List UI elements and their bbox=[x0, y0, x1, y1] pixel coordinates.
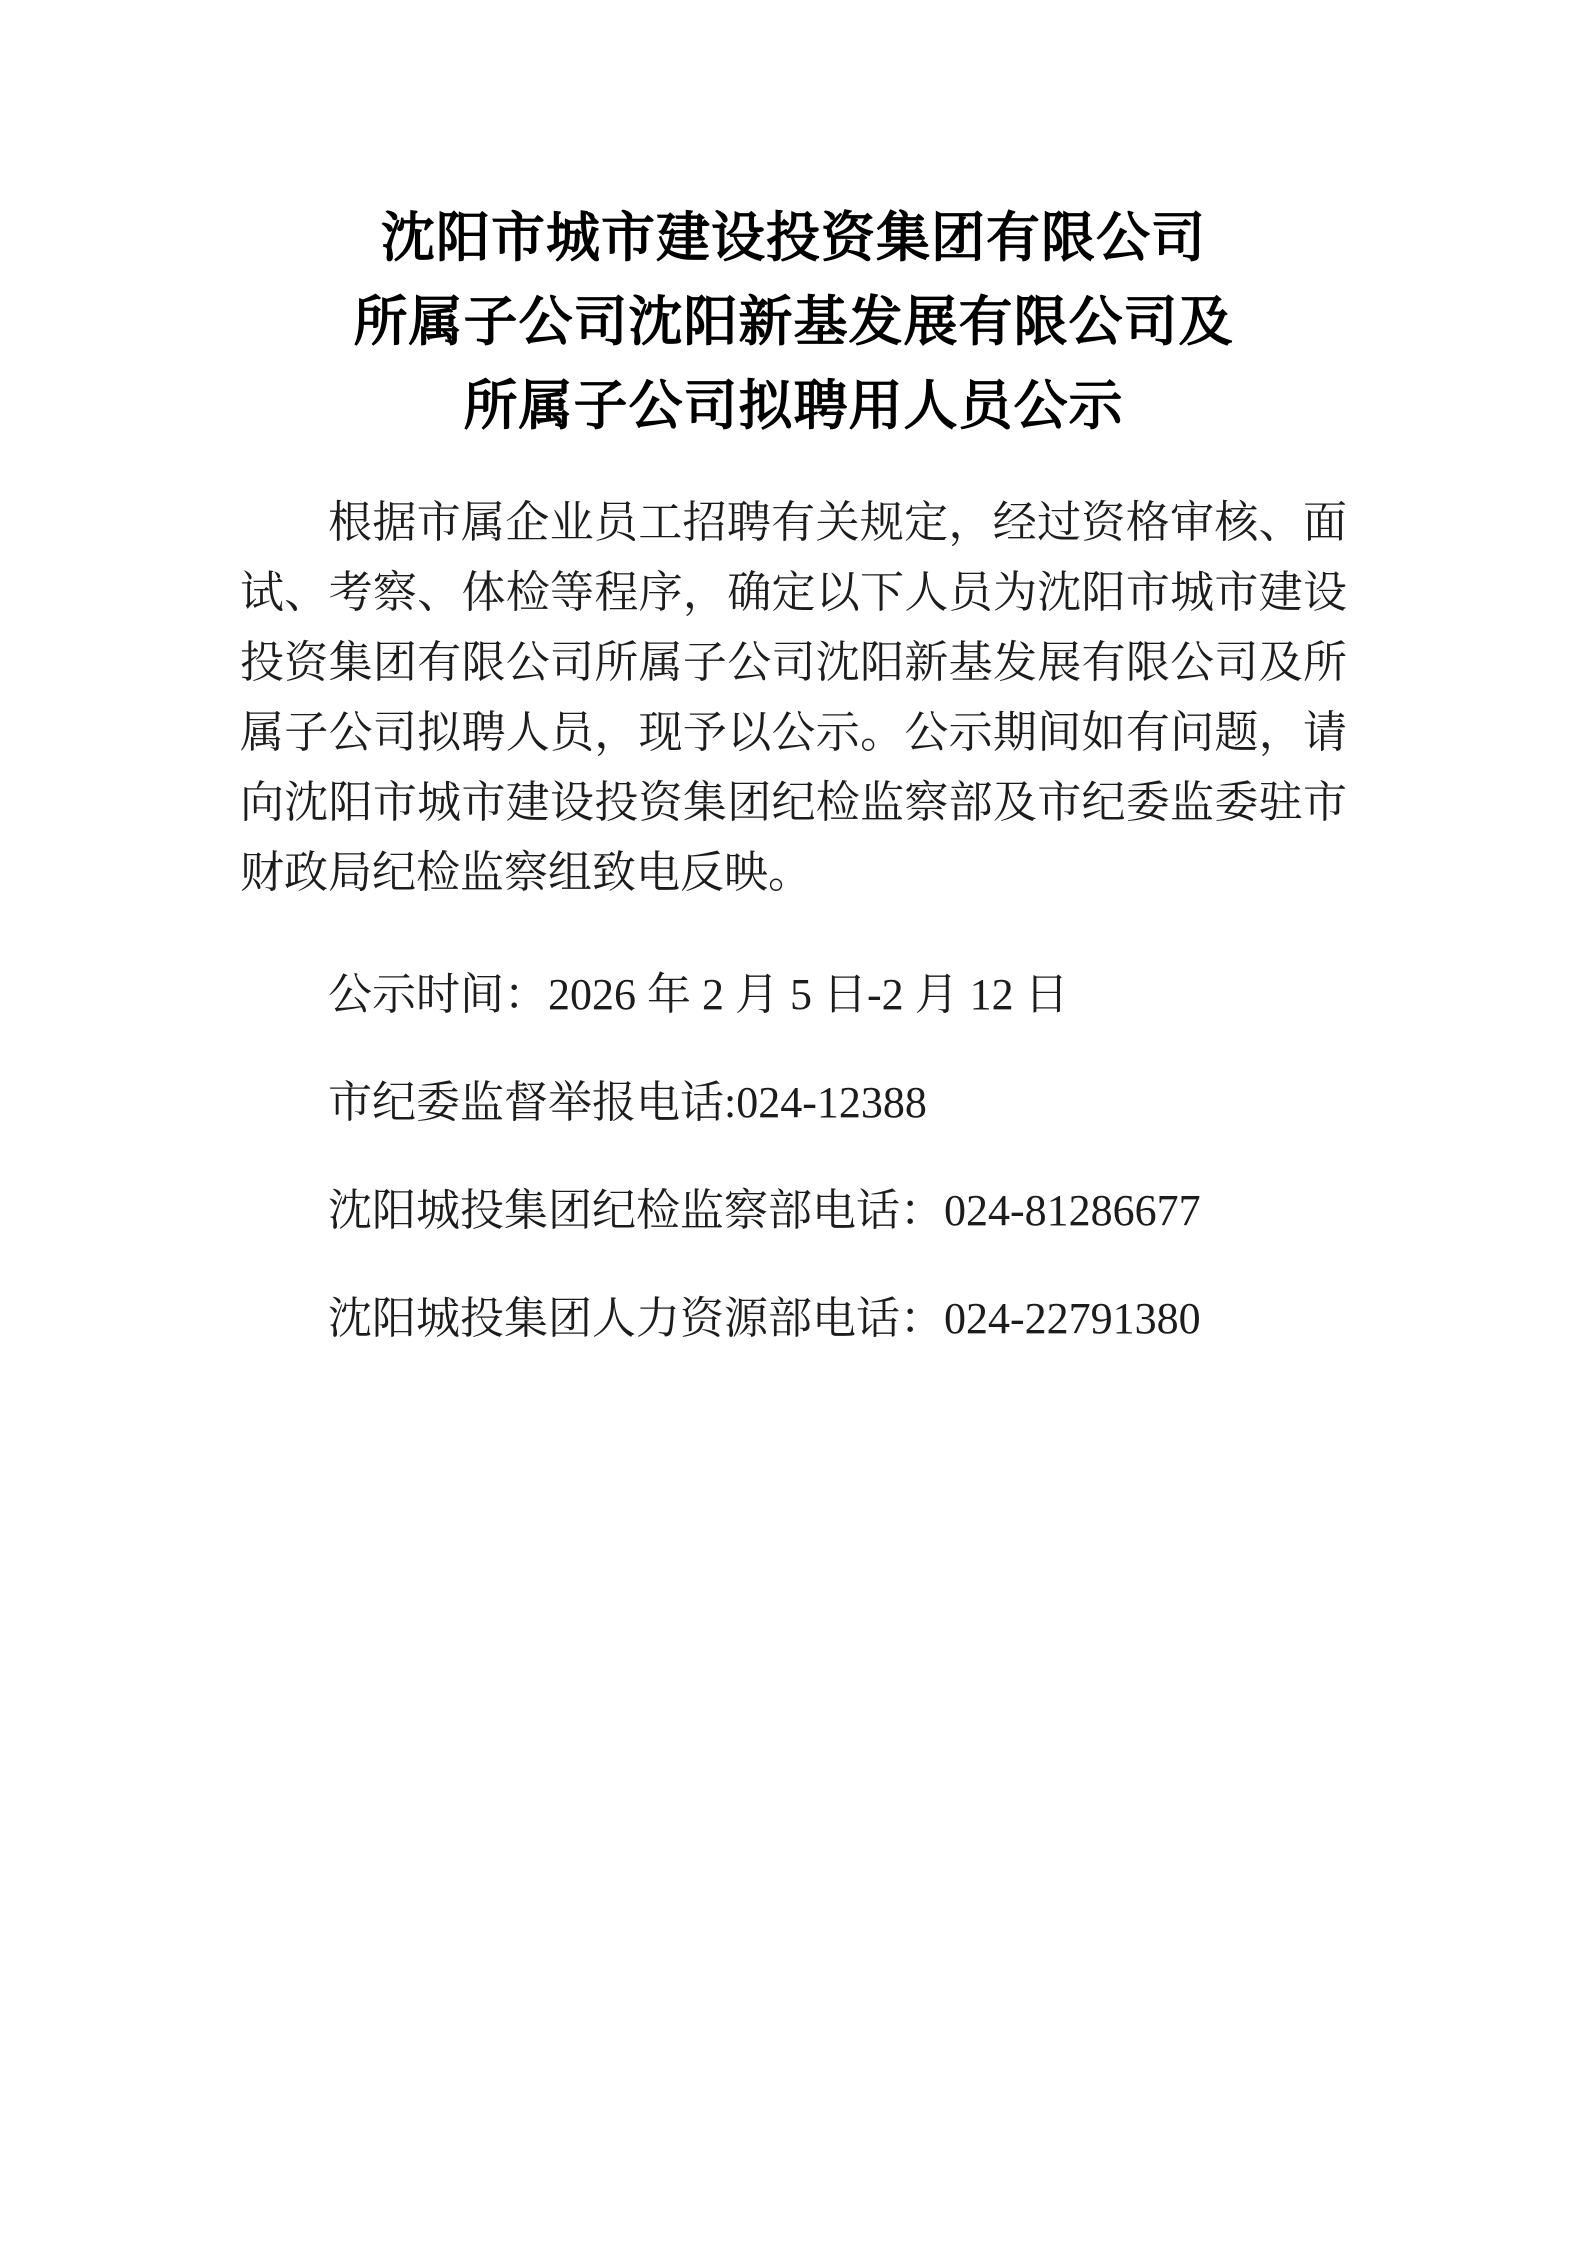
document-title-line-1: 沈阳市城市建设投资集团有限公司 bbox=[240, 196, 1347, 280]
publicity-period-line: 公示时间：2026 年 2 月 5 日-2 月 12 日 bbox=[240, 960, 1347, 1030]
document-content: 沈阳市城市建设投资集团有限公司 所属子公司沈阳新基发展有限公司及 所属子公司拟聘… bbox=[240, 0, 1347, 1354]
document-title-line-3: 所属子公司拟聘用人员公示 bbox=[240, 364, 1347, 448]
document-title: 沈阳市城市建设投资集团有限公司 所属子公司沈阳新基发展有限公司及 所属子公司拟聘… bbox=[240, 196, 1347, 448]
phone-line-hr-dept: 沈阳城投集团人力资源部电话：024-22791380 bbox=[240, 1284, 1347, 1354]
document-page: 沈阳市城市建设投资集团有限公司 所属子公司沈阳新基发展有限公司及 所属子公司拟聘… bbox=[0, 0, 1587, 2245]
body-paragraph: 根据市属企业员工招聘有关规定，经过资格审核、面试、考察、体检等程序，确定以下人员… bbox=[240, 488, 1347, 908]
document-title-line-2: 所属子公司沈阳新基发展有限公司及 bbox=[240, 280, 1347, 364]
phone-line-supervision-hotline: 市纪委监督举报电话:024-12388 bbox=[240, 1068, 1347, 1138]
phone-line-discipline-inspection-dept: 沈阳城投集团纪检监察部电话：024-81286677 bbox=[240, 1176, 1347, 1246]
